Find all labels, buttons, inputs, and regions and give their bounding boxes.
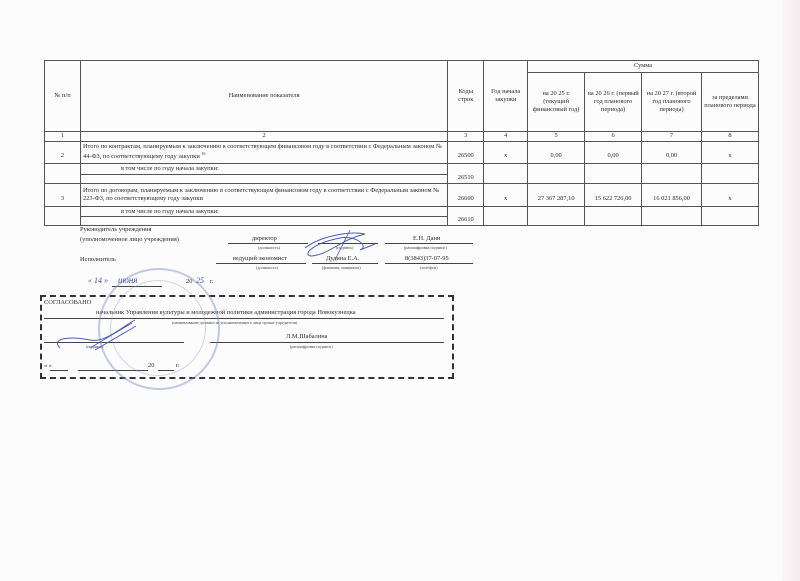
empty-cell	[45, 164, 81, 184]
row-name-text: Итого по контрактам, планируемым к заклю…	[83, 143, 442, 160]
empty-cell	[484, 164, 528, 184]
empty-cell	[585, 207, 642, 226]
head-position-caption: (должность)	[258, 245, 280, 250]
footnote-mark: 16	[201, 151, 205, 156]
row-name: Итого по договорам, планируемым к заключ…	[80, 184, 447, 207]
row-name-text: Итого по договорам, планируемым к заключ…	[83, 187, 439, 202]
empty-cell	[702, 164, 759, 184]
executor-position: ведущий экономист	[233, 255, 287, 262]
approval-name-line	[210, 342, 444, 343]
subrow-name-cell: в том числе по году начала закупки:	[80, 207, 447, 226]
head-name-line	[385, 243, 473, 244]
approval-name: Л.М.Шабалина	[286, 333, 328, 340]
table-subrow: в том числе по году начала закупки: 2651…	[45, 164, 759, 184]
head-name-caption: (расшифровка подписи)	[404, 245, 447, 250]
table-subrow: в том числе по году начала закупки: 2661…	[45, 207, 759, 226]
col-number: 5	[528, 132, 585, 142]
empty-cell	[45, 207, 81, 226]
approval-name-caption: (расшифровка подписи)	[290, 344, 333, 349]
row-year: x	[484, 184, 528, 207]
subrow-label: в том числе по году начала закупки:	[81, 207, 447, 217]
approval-title: СОГЛАСОВАНО	[44, 299, 91, 306]
empty-cell	[528, 164, 585, 184]
row-sum-2026: 0,00	[585, 142, 642, 164]
table-row: 2 Итого по контрактам, планируемым к зак…	[45, 142, 759, 164]
row-num: 2	[45, 142, 81, 164]
head-signature-icon	[300, 226, 380, 262]
executor-phone-line	[385, 263, 473, 264]
header-name: Наименование показателя	[80, 61, 447, 132]
empty-cell	[484, 207, 528, 226]
head-position-line	[228, 243, 308, 244]
executor-position-caption: (должность)	[256, 265, 278, 270]
col-number: 1	[45, 132, 81, 142]
header-sum-group: Сумма	[528, 61, 759, 73]
row-sum-2027: 0,00	[642, 142, 702, 164]
header-sum-2026: на 20 26 г. (первый год планового период…	[585, 73, 642, 132]
header-codes: Коды строк	[448, 61, 484, 132]
header-sum-2025: на 20 25 г. (текущий финансовый год)	[528, 73, 585, 132]
subrow-code: 26610	[448, 207, 484, 226]
empty-cell	[702, 207, 759, 226]
executor-name-line	[312, 263, 378, 264]
subrow-code: 26510	[448, 164, 484, 184]
col-number: 7	[642, 132, 702, 142]
executor-label: Исполнитель	[80, 256, 116, 263]
header-sum-beyond: за пределами планового периода	[702, 73, 759, 132]
date-day: « 14 »	[88, 276, 108, 285]
header-sum-2027: на 20 27 г. (второй год планового период…	[642, 73, 702, 132]
col-number: 4	[484, 132, 528, 142]
head-name: Е.Н. Дани	[413, 235, 440, 242]
row-sum-beyond: x	[702, 184, 759, 207]
executor-phone-caption: (телефон)	[420, 265, 438, 270]
empty-cell	[585, 164, 642, 184]
head-position: директор	[252, 235, 277, 242]
head-label: Руководитель учреждения	[80, 226, 151, 233]
empty-cell	[528, 207, 585, 226]
executor-name-caption: (фамилия, инициалы)	[322, 265, 361, 270]
row-code: 26500	[448, 142, 484, 164]
col-number: 6	[585, 132, 642, 142]
executor-position-line	[216, 263, 306, 264]
row-name: Итого по контрактам, планируемым к заклю…	[80, 142, 447, 164]
row-sum-2025: 27 367 287,10	[528, 184, 585, 207]
column-number-row: 1 2 3 4 5 6 7 8	[45, 132, 759, 142]
header-year: Год начала закупки	[484, 61, 528, 132]
row-year: x	[484, 142, 528, 164]
row-code: 26600	[448, 184, 484, 207]
row-sum-beyond: x	[702, 142, 759, 164]
executor-phone: 8(3843)37-07-95	[405, 255, 449, 262]
subrow-label: в том числе по году начала закупки:	[81, 164, 447, 175]
approval-signature-icon	[50, 318, 140, 358]
plan-summary-table: № п/п Наименование показателя Коды строк…	[44, 60, 759, 226]
approval-day-line	[50, 370, 68, 371]
table-row: 3 Итого по договорам, планируемым к закл…	[45, 184, 759, 207]
subrow-name-cell: в том числе по году начала закупки:	[80, 164, 447, 184]
date-suffix: г.	[210, 278, 214, 285]
col-number: 3	[448, 132, 484, 142]
head-label-sub: (уполномоченное лицо учреждения)	[80, 236, 179, 243]
row-num: 3	[45, 184, 81, 207]
approval-date-quote: « »	[44, 362, 52, 369]
empty-cell	[642, 164, 702, 184]
col-number: 8	[702, 132, 759, 142]
row-sum-2025: 0,00	[528, 142, 585, 164]
page-edge	[782, 0, 800, 581]
col-number: 2	[80, 132, 447, 142]
row-sum-2026: 15 622 726,00	[585, 184, 642, 207]
empty-cell	[642, 207, 702, 226]
row-sum-2027: 16 021 856,00	[642, 184, 702, 207]
header-num: № п/п	[45, 61, 81, 132]
